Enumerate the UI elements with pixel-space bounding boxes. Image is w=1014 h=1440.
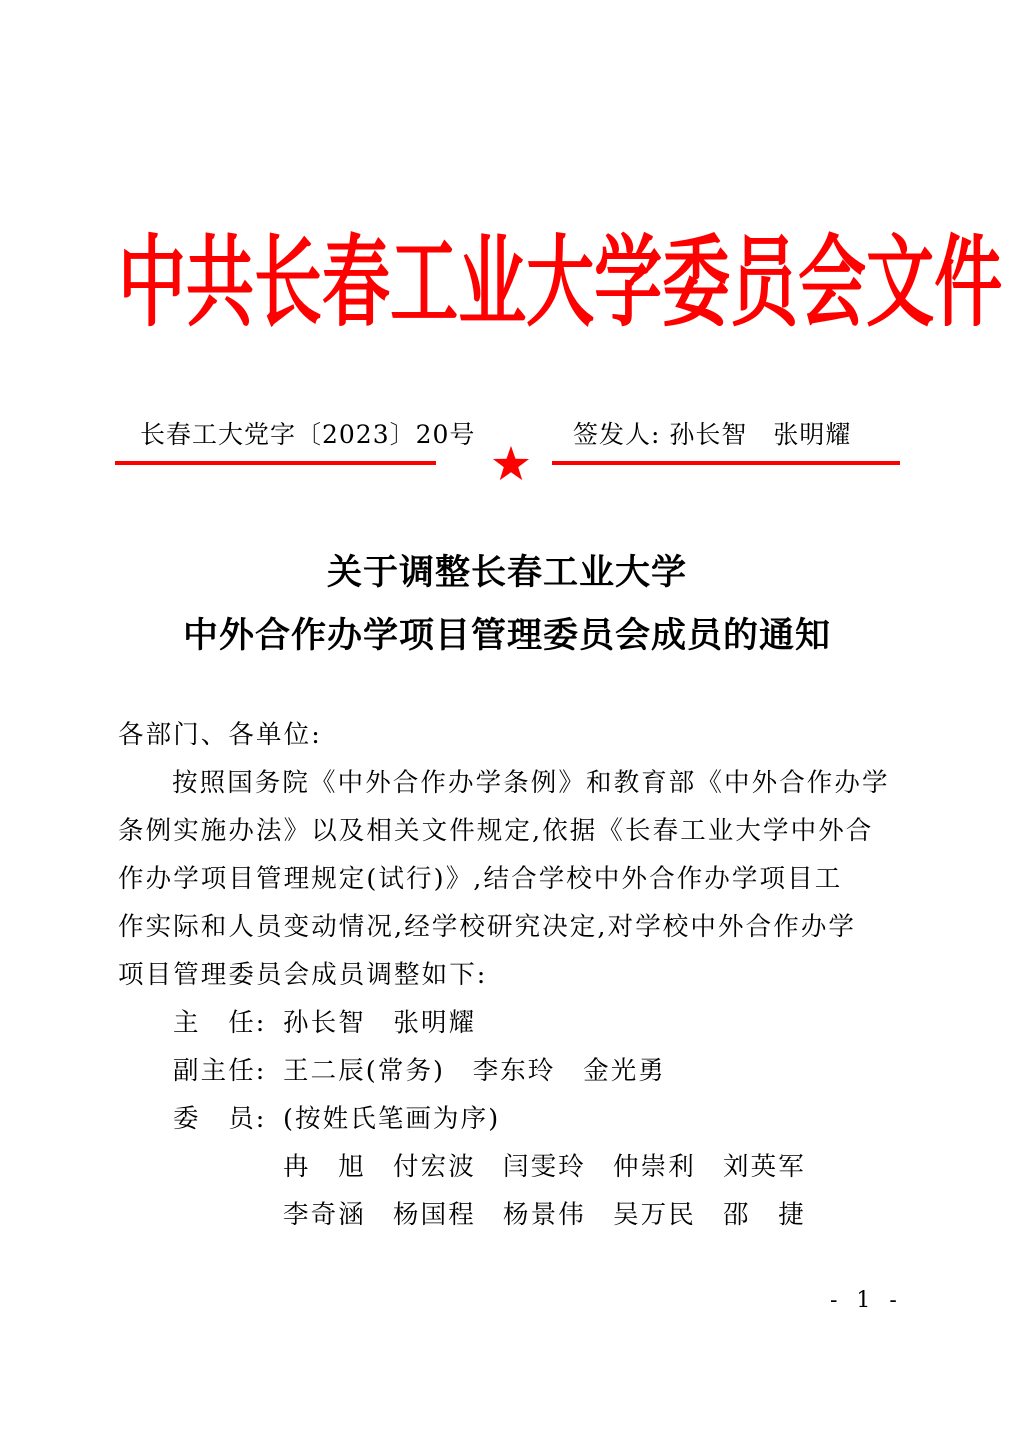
member-name: 付宏波 <box>393 1143 503 1191</box>
header-char: 中 <box>118 203 186 363</box>
header-char: 工 <box>390 203 458 363</box>
member-name: 冉 旭 <box>283 1143 393 1191</box>
member-name: 邵 捷 <box>723 1191 833 1239</box>
notice-title-line-2: 中外合作办学项目管理委员会成员的通知 <box>0 608 1014 658</box>
deputy-director-row: 副主任:王二辰(常务) 李东玲 金光勇 <box>173 1047 666 1095</box>
members-note: (按姓氏笔画为序) <box>283 1104 500 1134</box>
red-divider-right <box>552 461 900 465</box>
header-char: 春 <box>322 203 390 363</box>
salutation: 各部门、各单位: <box>118 711 322 759</box>
header-char: 员 <box>730 203 798 363</box>
director-row: 主 任:孙长智 张明耀 <box>173 999 476 1047</box>
member-name: 李奇涵 <box>283 1191 393 1239</box>
header-char: 件 <box>934 203 1002 363</box>
signer-line: 签发人: 孙长智 张明耀 <box>573 415 851 451</box>
deputy-names: 王二辰(常务) 李东玲 金光勇 <box>283 1056 666 1086</box>
members-row: 委 员:(按姓氏笔画为序) <box>173 1095 500 1143</box>
body-paragraph: 按照国务院《中外合作办学条例》和教育部《中外合作办学 条例实施办法》以及相关文件… <box>118 759 898 999</box>
page-number: - 1 - <box>830 1288 903 1313</box>
header-char: 共 <box>186 203 254 363</box>
member-name: 仲崇利 <box>613 1143 723 1191</box>
notice-title-line-1: 关于调整长春工业大学 <box>0 545 1014 595</box>
members-list-row-2: 李奇涵 杨国程 杨景伟 吴万民 邵 捷 <box>283 1191 833 1239</box>
header-char: 会 <box>798 203 866 363</box>
document-number: 长春工大党字〔2023〕20号 <box>140 415 475 451</box>
header-char: 委 <box>662 203 730 363</box>
members-list-row-1: 冉 旭 付宏波 闫雯玲 仲崇利 刘英军 <box>283 1143 833 1191</box>
director-label: 主 任: <box>173 999 283 1047</box>
member-name: 闫雯玲 <box>503 1143 613 1191</box>
header-char: 长 <box>254 203 322 363</box>
member-name: 吴万民 <box>613 1191 723 1239</box>
member-name: 刘英军 <box>723 1143 833 1191</box>
header-char: 文 <box>866 203 934 363</box>
star-icon <box>492 444 530 482</box>
red-divider-left <box>115 461 436 465</box>
paragraph-line: 项目管理委员会成员调整如下: <box>118 951 898 999</box>
deputy-label: 副主任: <box>173 1047 283 1095</box>
paragraph-line: 按照国务院《中外合作办学条例》和教育部《中外合作办学 <box>118 759 898 807</box>
header-char: 业 <box>458 203 526 363</box>
member-name: 杨国程 <box>393 1191 503 1239</box>
paragraph-line: 作实际和人员变动情况,经学校研究决定,对学校中外合作办学 <box>118 903 898 951</box>
header-char: 大 <box>526 203 594 363</box>
members-label: 委 员: <box>173 1095 283 1143</box>
member-name: 杨景伟 <box>503 1191 613 1239</box>
document-header-title: 中 共 长 春 工 业 大 学 委 员 会 文 件 <box>118 228 898 338</box>
paragraph-line: 条例实施办法》以及相关文件规定,依据《长春工业大学中外合 <box>118 807 898 855</box>
paragraph-line: 作办学项目管理规定(试行)》,结合学校中外合作办学项目工 <box>118 855 898 903</box>
header-char: 学 <box>594 203 662 363</box>
director-names: 孙长智 张明耀 <box>283 1008 476 1038</box>
